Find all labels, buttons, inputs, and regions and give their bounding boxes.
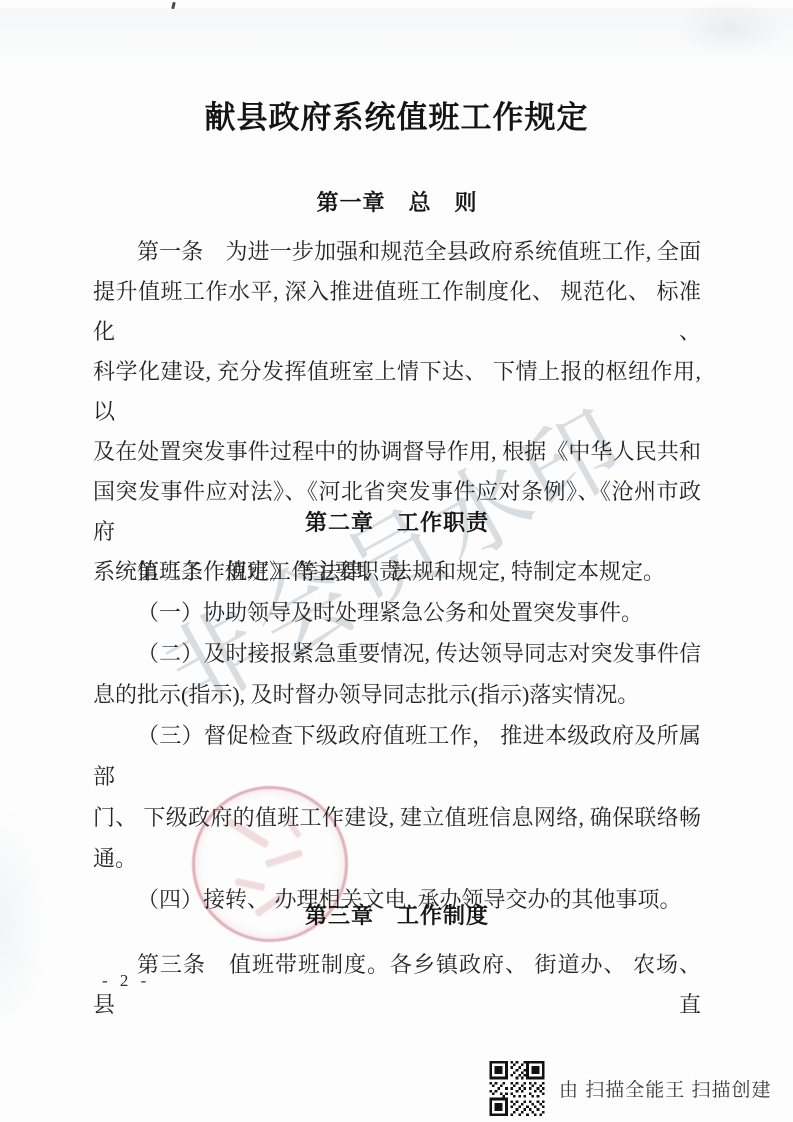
text-line: 息的批示(指示), 及时督办领导同志批示(指示)落实情况。 <box>93 674 701 715</box>
text-line: （三）督促检查下级政府值班工作， 推进本级政府及所属部 <box>93 715 701 797</box>
chapter-2: 第二章 工作职责 第二条 值班工作主要职责: （一）协助领导及时处理紧急公务和处… <box>93 506 701 920</box>
chapter-3-heading: 第三章 工作制度 <box>93 899 701 929</box>
scan-artifact-bottom-left <box>0 812 46 1032</box>
text-line: 门、 下级政府的值班工作建设, 建立值班信息网络, 确保联络畅 <box>93 797 701 838</box>
scanner-footer: 由 扫描全能王 扫描创建 <box>489 1061 772 1116</box>
chapter-3: 第三章 工作制度 第三条 值班带班制度。各乡镇政府、 街道办、 农场、 县直 <box>93 899 701 1025</box>
text-line: 通。 <box>93 838 701 879</box>
page-title: 献县政府系统值班工作规定 <box>0 92 793 137</box>
scan-artifact-top-right <box>675 0 785 56</box>
seal-mark <box>265 849 303 867</box>
text-line: （一）协助领导及时处理紧急公务和处置突发事件。 <box>93 592 701 633</box>
scanner-credit-text: 由 扫描全能王 扫描创建 <box>559 1075 772 1102</box>
qr-code-icon <box>489 1061 545 1116</box>
text-line: 提升值班工作水平, 深入推进值班工作制度化、 规范化、 标准化、 <box>93 272 701 352</box>
red-seal-stamp <box>192 786 348 942</box>
chapter-2-heading: 第二章 工作职责 <box>93 506 701 536</box>
text-line: 科学化建设, 充分发挥值班室上情下达、 下情上报的枢纽作用, 以 <box>93 352 701 432</box>
text-line: （二）及时接报紧急重要情况, 传达领导同志对突发事件信 <box>93 633 701 674</box>
text-line: 第二条 值班工作主要职责: <box>93 551 701 592</box>
page-number: - 2 - <box>102 971 150 991</box>
seal-mark <box>226 817 269 848</box>
scanned-document-page: 非会员水印 献县政府系统值班工作规定 第一章 总 则 第一条 为进一步加强和规范… <box>0 0 793 1122</box>
text-line: 及在处置突发事件过程中的协调督导作用, 根据《中华人民共和 <box>93 432 701 472</box>
seal-mark <box>254 892 286 917</box>
text-line: 第一条 为进一步加强和规范全县政府系统值班工作, 全面 <box>93 232 701 272</box>
seal-mark <box>282 814 302 839</box>
seal-mark <box>235 878 266 891</box>
text-line: 第三条 值班带班制度。各乡镇政府、 街道办、 农场、 县直 <box>93 945 701 1025</box>
chapter-1-heading: 第一章 总 则 <box>93 186 701 216</box>
